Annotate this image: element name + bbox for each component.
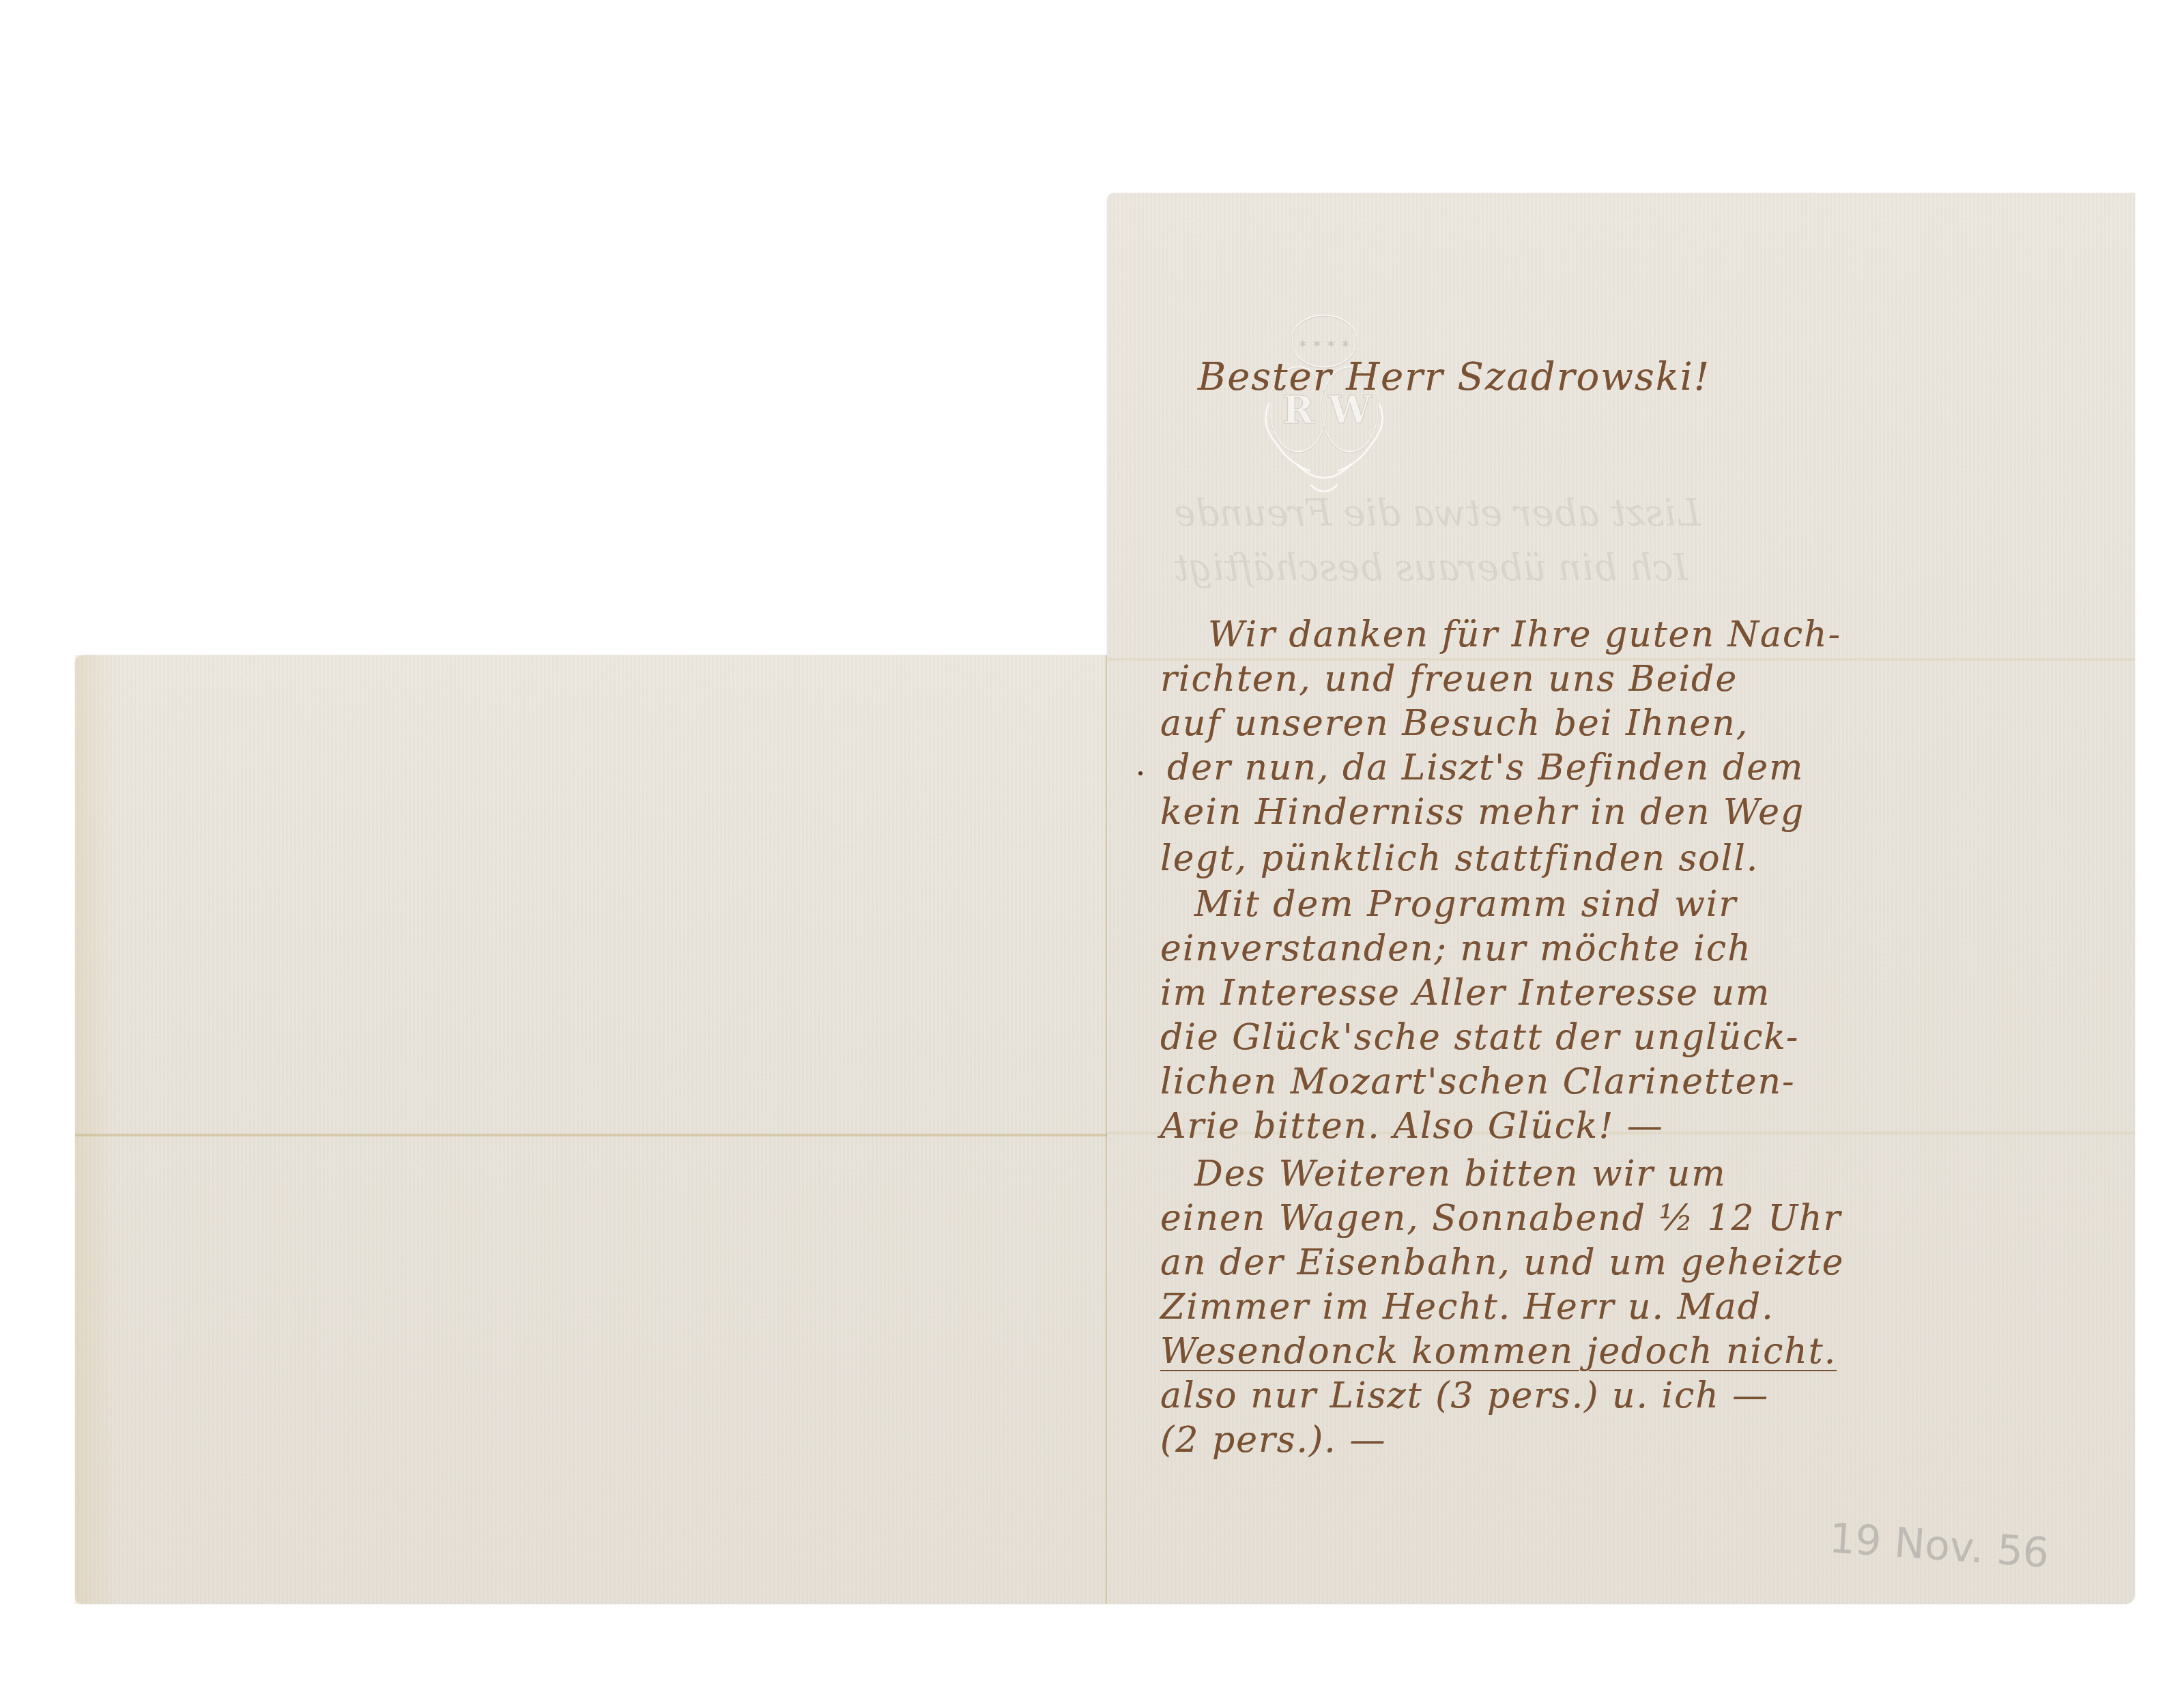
letter-line: Des Weiteren bitten wir um (1194, 1154, 1726, 1194)
letter-line: die Glück'sche statt der unglück- (1160, 1017, 1799, 1058)
letter-line: kein Hinderniss mehr in den Weg (1160, 792, 1805, 833)
embossed-monogram-icon: R W ✶ ✶ ✶ ✶ (1256, 307, 1392, 512)
ink-dot (1138, 771, 1143, 775)
letter-line: einverstanden; nur möchte ich (1160, 928, 1752, 969)
bleed-through-text: Ich bin überaus beschäftigt (1174, 546, 1688, 589)
letter-line: der nun, da Liszt's Befinden dem (1167, 747, 1804, 788)
letter-line: einen Wagen, Sonnabend ½ 12 Uhr (1160, 1198, 1841, 1239)
svg-text:✶ ✶ ✶ ✶: ✶ ✶ ✶ ✶ (1297, 337, 1351, 352)
fold-line-left (75, 1133, 1107, 1137)
letter-line: Zimmer im Hecht. Herr u. Mad. (1160, 1287, 1774, 1328)
letter-line: Mit dem Programm sind wir (1194, 884, 1737, 925)
letter-line: im Interesse Aller Interesse um (1160, 973, 1770, 1014)
letter-line: Wir danken für Ihre guten Nach- (1208, 614, 1841, 655)
letter-line: an der Eisenbahn, und um geheizte (1160, 1242, 1844, 1283)
letter-sheet-left (75, 655, 1107, 1604)
letter-line: richten, und freuen uns Beide (1160, 659, 1738, 700)
letter-line: legt, pünktlich stattfinden soll. (1160, 838, 1759, 879)
letter-line: lichen Mozart'schen Clarinetten- (1160, 1061, 1796, 1102)
letter-greeting: Bester Herr Szadrowski! (1198, 355, 1710, 399)
letter-line: auf unseren Besuch bei Ihnen, (1160, 703, 1749, 744)
letter-line: also nur Liszt (3 pers.) u. ich — (1160, 1375, 1769, 1416)
letter-line: (2 pers.). — (1160, 1420, 1386, 1461)
bleed-through-text: Liszt aber etwa die Freunde (1174, 491, 1700, 534)
letter-line: Wesendonck kommen jedoch nicht. (1160, 1331, 1837, 1372)
letter-line: Arie bitten. Also Glück! — (1160, 1106, 1664, 1147)
